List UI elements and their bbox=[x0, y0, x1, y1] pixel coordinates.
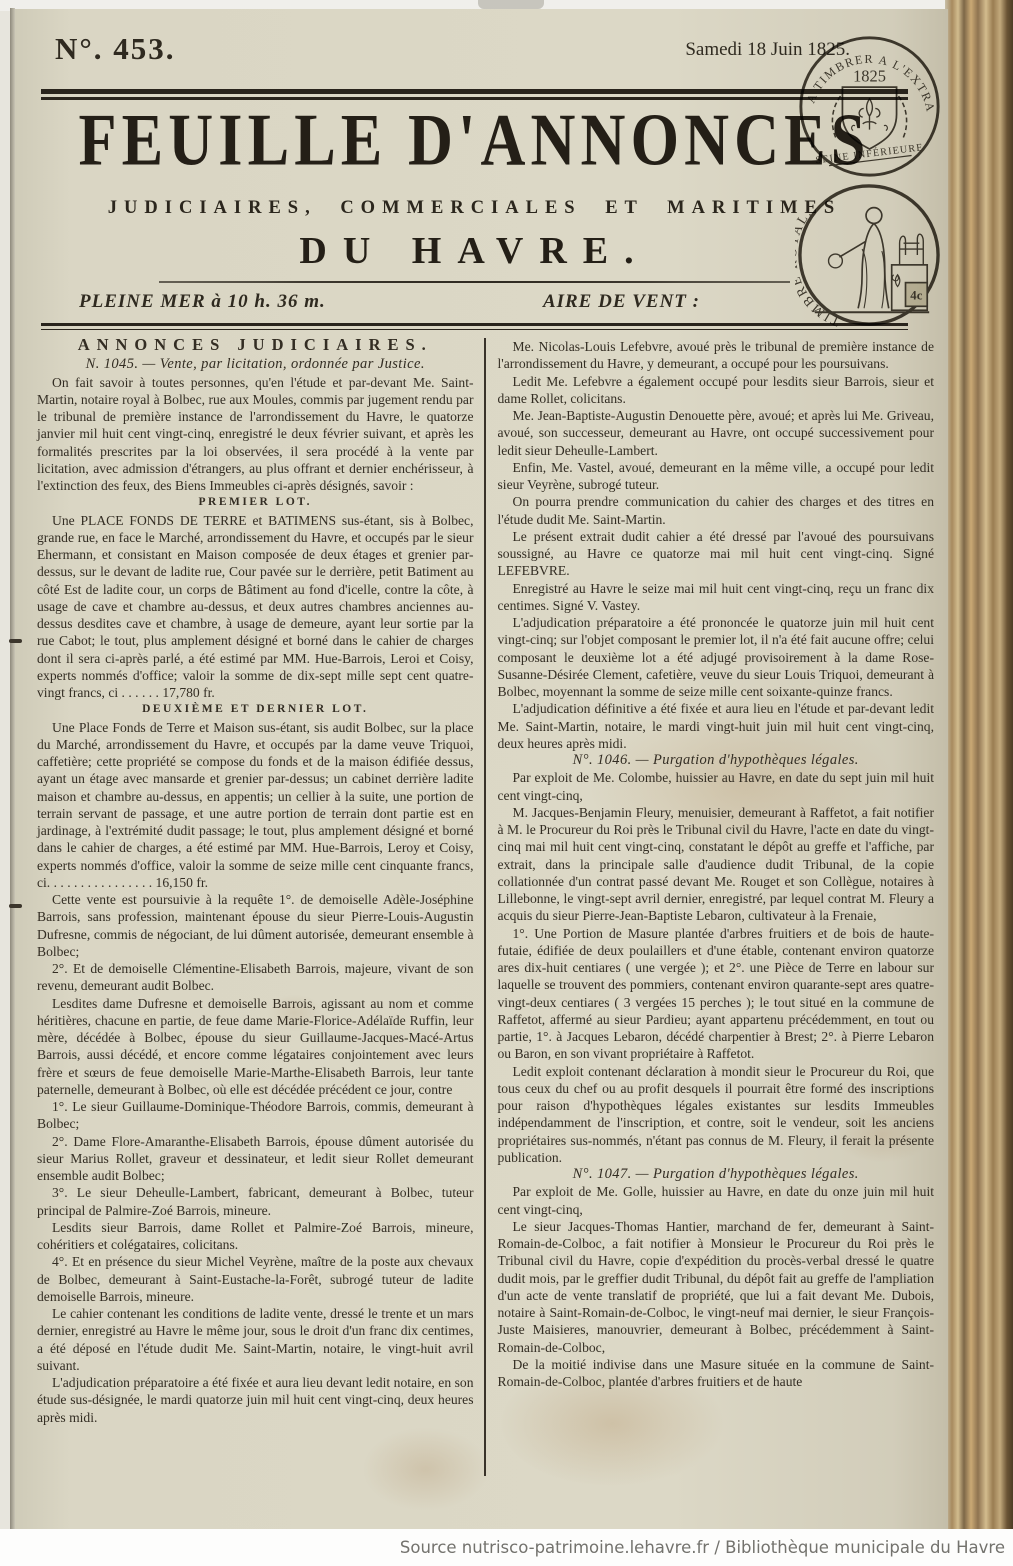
paragraph: Cette vente est poursuivie à la requête … bbox=[37, 891, 474, 960]
binding-stitch bbox=[9, 904, 22, 908]
paragraph: Le présent extrait dudit cahier a été dr… bbox=[498, 528, 935, 580]
columns-top-rule bbox=[41, 329, 908, 330]
paragraph: Lesdites dame Dufresne et demoiselle Bar… bbox=[37, 995, 474, 1099]
paragraph: L'adjudication préparatoire a été pronon… bbox=[498, 614, 935, 700]
lot-subheading: DEUXIÈME ET DERNIER LOT. bbox=[37, 701, 474, 718]
paragraph: Une PLACE FONDS DE TERRE et BATIMENS sus… bbox=[37, 512, 474, 702]
binding-stitch bbox=[9, 639, 22, 643]
paragraph: 4°. Et en présence du sieur Michel Veyrè… bbox=[37, 1253, 474, 1305]
issue-number: N°. 453. bbox=[39, 31, 176, 67]
paragraph: 3°. Le sieur Deheulle-Lambert, fabricant… bbox=[37, 1184, 474, 1219]
paragraph: Par exploit de Me. Colombe, huissier au … bbox=[498, 769, 935, 804]
paragraph: Enfin, Me. Vastel, avoué, demeurant en l… bbox=[498, 459, 935, 494]
paragraph: On fait savoir à toutes personnes, qu'en… bbox=[37, 374, 474, 495]
paragraph: 2°. Et de demoiselle Clémentine-Elisabet… bbox=[37, 960, 474, 995]
header-rule bbox=[41, 89, 908, 94]
newspaper-title: FEUILLE D'ANNONCES bbox=[30, 99, 918, 184]
paragraph: Ledit exploit contenant déclaration à mo… bbox=[498, 1063, 935, 1167]
paragraph: M. Jacques-Benjamin Fleury, menuisier, d… bbox=[498, 804, 935, 925]
source-caption: Source nutrisco-patrimoine.lehavre.fr / … bbox=[400, 1538, 1005, 1557]
high-tide-time: PLEINE MER à 10 h. 36 m. bbox=[39, 291, 326, 313]
newspaper-place: DU HAVRE. bbox=[39, 229, 910, 273]
paragraph: On pourra prendre communication du cahie… bbox=[498, 493, 935, 528]
paragraph: Ledit Me. Lefebvre a également occupé po… bbox=[498, 373, 935, 408]
paragraph: Enregistré au Havre le seize mai mil hui… bbox=[498, 580, 935, 615]
section-heading: ANNONCES JUDICIAIRES. bbox=[37, 336, 474, 353]
notice-heading-1045: N. 1045. — Vente, par licitation, ordonn… bbox=[37, 356, 474, 373]
paragraph: 1°. Une Portion de Masure plantée d'arbr… bbox=[498, 925, 935, 1063]
notice-heading-1046: N°. 1046. — Purgation d'hypothèques léga… bbox=[498, 752, 935, 769]
stamp-timbre-royal: TIMBRE ROYAL. 4c bbox=[795, 180, 943, 330]
paragraph: 1°. Le sieur Guillaume-Dominique-Théodor… bbox=[37, 1098, 474, 1133]
source-caption-bar: Source nutrisco-patrimoine.lehavre.fr / … bbox=[0, 1529, 1013, 1566]
paragraph: De la moitié indivise dans une Masure si… bbox=[498, 1356, 935, 1391]
paragraph: Le sieur Jacques-Thomas Hantier, marchan… bbox=[498, 1218, 935, 1356]
left-column: ANNONCES JUDICIAIRES. N. 1045. — Vente, … bbox=[37, 336, 484, 1486]
paragraph: Me. Nicolas-Louis Lefebvre, avoué près l… bbox=[498, 338, 935, 373]
paragraph: Par exploit de Me. Golle, huissier au Ha… bbox=[498, 1183, 935, 1218]
scanner-tab bbox=[478, 0, 544, 9]
newspaper-subtitle: JUDICIAIRES, COMMERCIALES ET MARITIMES bbox=[39, 198, 910, 219]
lot-subheading: PREMIER LOT. bbox=[37, 494, 474, 511]
columns-top-rule bbox=[41, 323, 908, 326]
paragraph: Le cahier contenant les conditions de la… bbox=[37, 1305, 474, 1374]
stamp-year: 1825 bbox=[853, 66, 886, 85]
right-column: Me. Nicolas-Louis Lefebvre, avoué près l… bbox=[486, 336, 935, 1486]
paragraph: Me. Jean-Baptiste-Augustin Denouette pèr… bbox=[498, 407, 935, 459]
paragraph: Lesdits sieur Barrois, dame Rollet et Pa… bbox=[37, 1219, 474, 1254]
paragraph: L'adjudication préparatoire a été fixée … bbox=[37, 1374, 474, 1426]
book-page-stack-edge bbox=[945, 0, 1013, 1530]
paragraph: Une Place Fonds de Terre et Maison sus-é… bbox=[37, 719, 474, 892]
article-columns: ANNONCES JUDICIAIRES. N. 1045. — Vente, … bbox=[15, 330, 948, 1486]
stamp-value: 4c bbox=[910, 288, 922, 302]
paragraph: L'adjudication définitive a été fixée et… bbox=[498, 700, 935, 752]
fleur-de-lis-shield-icon bbox=[832, 87, 906, 149]
notice-heading-1047: N°. 1047. — Purgation d'hypothèques léga… bbox=[498, 1166, 935, 1183]
stamp-timbrer-extraordinaire: A TIMBRER A L'EXTRAORD. 1825 SEINE INFÉR… bbox=[797, 30, 942, 182]
mid-rule bbox=[159, 281, 790, 283]
paragraph: 2°. Dame Flore-Amaranthe-Elisabeth Barro… bbox=[37, 1133, 474, 1185]
